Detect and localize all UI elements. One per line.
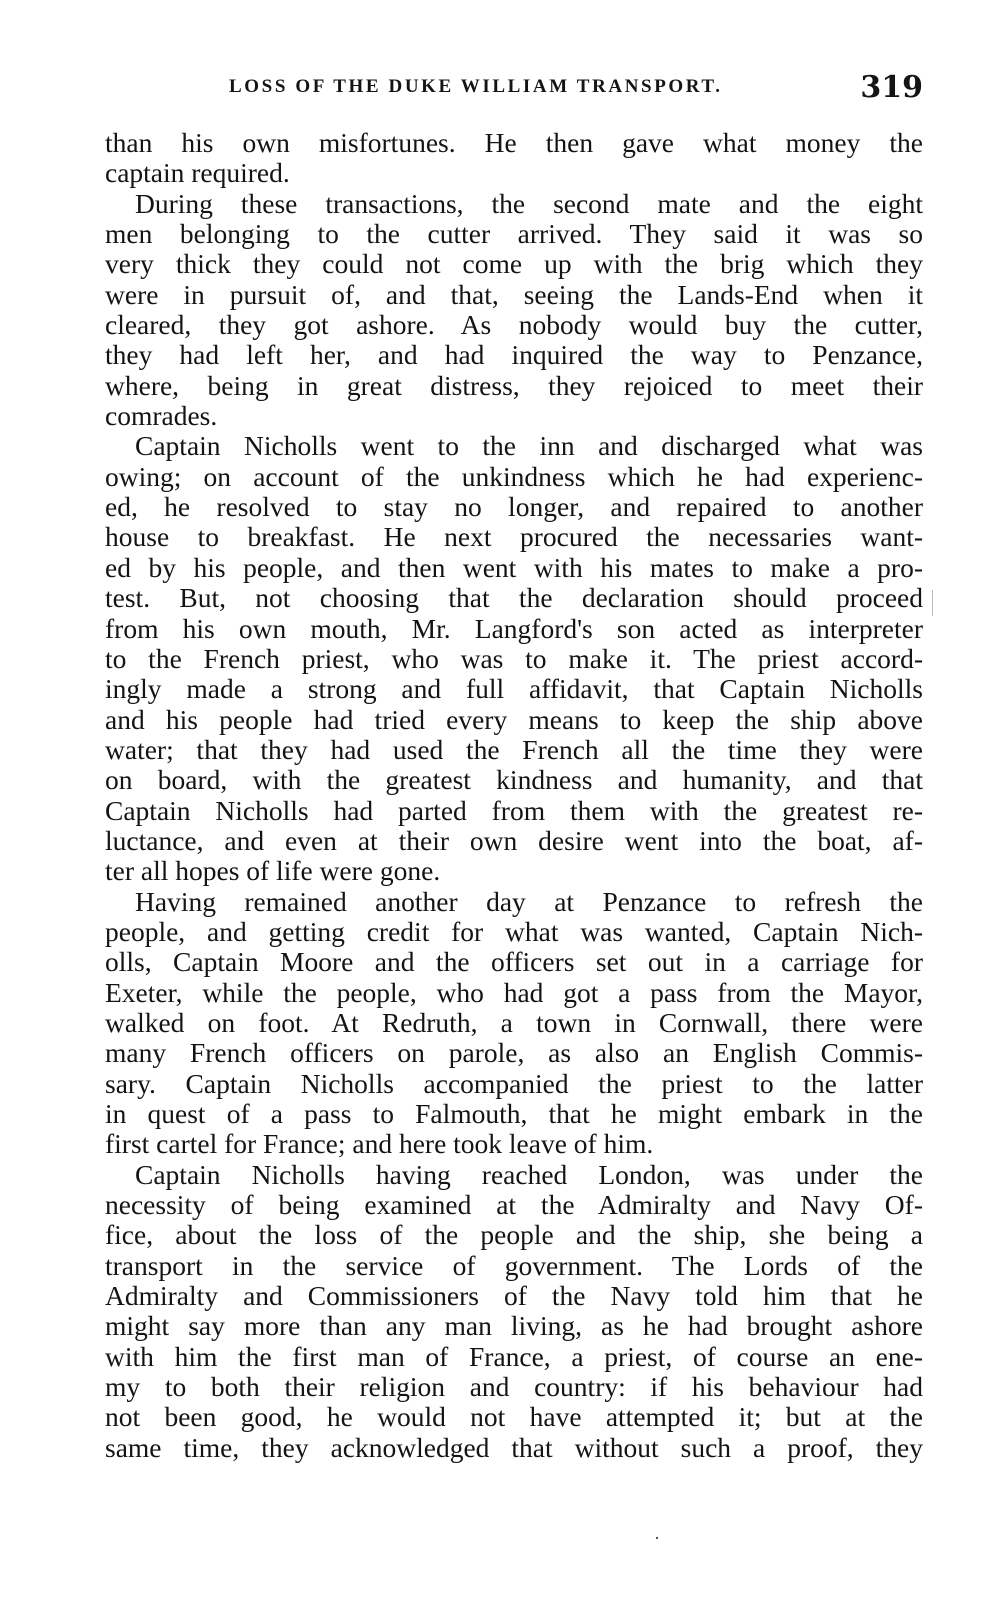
body-text: than his own misfortunes. He then gave w… (105, 128, 923, 1463)
text-line: first cartel for France; and here took l… (105, 1129, 923, 1159)
text-line: luctance, and even at their own desire w… (105, 826, 923, 856)
text-line: not been good, he would not have attempt… (105, 1402, 923, 1432)
text-line: they had left her, and had inquired the … (105, 340, 923, 370)
text-line: fice, about the loss of the people and t… (105, 1220, 923, 1250)
text-line: very thick they could not come up with t… (105, 249, 923, 279)
scan-speck (656, 1537, 658, 1539)
running-title: LOSS OF THE DUKE WILLIAM TRANSPORT. (229, 76, 723, 98)
scan-mark (932, 590, 933, 616)
text-line: Captain Nicholls went to the inn and dis… (105, 431, 923, 461)
text-line: test. But, not choosing that the declara… (105, 583, 923, 613)
text-line: with him the first man of France, a prie… (105, 1342, 923, 1372)
text-line: people, and getting credit for what was … (105, 917, 923, 947)
text-line: in quest of a pass to Falmouth, that he … (105, 1099, 923, 1129)
text-line: were in pursuit of, and that, seeing the… (105, 280, 923, 310)
text-line: Having remained another day at Penzance … (105, 887, 923, 917)
text-line: water; that they had used the French all… (105, 735, 923, 765)
text-line: same time, they acknowledged that withou… (105, 1433, 923, 1463)
text-line: Captain Nicholls had parted from them wi… (105, 796, 923, 826)
text-line: ed, he resolved to stay no longer, and r… (105, 492, 923, 522)
text-line: and his people had tried every means to … (105, 705, 923, 735)
text-line: ed by his people, and then went with his… (105, 553, 923, 583)
text-line: ingly made a strong and full affidavit, … (105, 674, 923, 704)
text-line: transport in the service of government. … (105, 1251, 923, 1281)
running-head: LOSS OF THE DUKE WILLIAM TRANSPORT. 319 (105, 72, 923, 106)
text-line: owing; on account of the unkindness whic… (105, 462, 923, 492)
text-line: might say more than any man living, as h… (105, 1311, 923, 1341)
text-line: to the French priest, who was to make it… (105, 644, 923, 674)
text-line: men belonging to the cutter arrived. The… (105, 219, 923, 249)
text-line: captain required. (105, 158, 923, 188)
text-line: on board, with the greatest kindness and… (105, 765, 923, 795)
text-line: Admiralty and Commissioners of the Navy … (105, 1281, 923, 1311)
text-line: from his own mouth, Mr. Langford's son a… (105, 614, 923, 644)
text-line: Exeter, while the people, who had got a … (105, 978, 923, 1008)
text-line: sary. Captain Nicholls accompanied the p… (105, 1069, 923, 1099)
text-line: than his own misfortunes. He then gave w… (105, 128, 923, 158)
text-line: house to breakfast. He next procured the… (105, 522, 923, 552)
text-line: many French officers on parole, as also … (105, 1038, 923, 1068)
text-line: olls, Captain Moore and the officers set… (105, 947, 923, 977)
text-line: necessity of being examined at the Admir… (105, 1190, 923, 1220)
text-line: During these transactions, the second ma… (105, 189, 923, 219)
text-line: comrades. (105, 401, 923, 431)
page-number: 319 (860, 70, 923, 105)
text-line: Captain Nicholls having reached London, … (105, 1160, 923, 1190)
text-line: where, being in great distress, they rej… (105, 371, 923, 401)
book-page: LOSS OF THE DUKE WILLIAM TRANSPORT. 319 … (0, 0, 1000, 1612)
text-line: cleared, they got ashore. As nobody woul… (105, 310, 923, 340)
text-line: ter all hopes of life were gone. (105, 856, 923, 886)
text-line: walked on foot. At Redruth, a town in Co… (105, 1008, 923, 1038)
text-line: my to both their religion and country: i… (105, 1372, 923, 1402)
